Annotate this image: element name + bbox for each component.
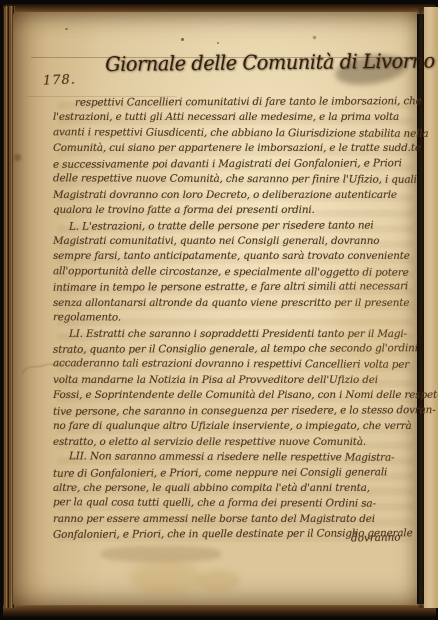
ink-speck (217, 42, 219, 44)
text-line-article-LI: LI. Estratti che saranno i sopraddetti P… (53, 327, 419, 342)
stain (198, 570, 240, 592)
text-line: ture di Gonfalonieri, e Priori, come nep… (53, 465, 419, 482)
text-line: estratto, o eletto al servizio delle res… (53, 435, 419, 450)
text-line: Magistrati dovranno con loro Decreto, o … (53, 188, 419, 203)
text-line: tive persone, che saranno in conseguenza… (53, 403, 419, 420)
ink-speck (313, 36, 316, 39)
text-line: regolamento. (53, 310, 419, 327)
text-line: Comunità, cui siano per appartenere le i… (53, 141, 419, 156)
text-line: Magistrati comunitativi, quanto nei Cons… (53, 234, 419, 249)
marginal-ink-mark (19, 354, 69, 382)
stain (131, 560, 201, 596)
text-line: l'estrazioni, e tutti gli Atti necessari… (53, 110, 419, 125)
text-line: e successivamente poi davanti i Magistra… (53, 156, 419, 173)
text-line: avanti i respettivi Giusdicenti, che abb… (53, 125, 419, 142)
show-through-smudge (101, 546, 221, 562)
page-title: Giornale delle Comunità di Livorno (105, 49, 408, 76)
fox-spot (14, 154, 21, 161)
text-line-article-LII: LII. Non saranno ammessi a risedere nell… (53, 449, 419, 466)
ink-speck (181, 38, 184, 41)
text-line: accaderanno tali estrazioni dovranno i r… (53, 357, 419, 374)
text-line-article-L: L. L'estrazioni, o tratte delle persone … (53, 218, 419, 235)
text-line: no fare di qualunque altro Ufiziale inse… (53, 419, 419, 434)
text-line: ranno per essere ammessi nelle borse tan… (53, 512, 419, 527)
facing-page-edge (424, 7, 438, 608)
text-line: per la qual cosa tutti quelli, che a for… (53, 496, 419, 513)
page-number: 178. (43, 72, 76, 88)
text-line: Fossi, e Soprintendente delle Comunità d… (53, 388, 419, 403)
body-text: respettivi Cancellieri comunitativi di f… (53, 95, 419, 543)
text-line: volta mandarne la Notizia in Pisa al Pro… (53, 373, 419, 388)
text-line: delle respettive nuove Comunità, che sar… (53, 171, 419, 188)
text-line: respettivi Cancellieri comunitativi di f… (53, 94, 419, 111)
text-line: intimare in tempo le persone estratte, e… (53, 279, 419, 296)
manuscript-page: 178. Giornale delle Comunità di Livorno … (13, 12, 417, 605)
ink-speck (65, 28, 68, 30)
text-line: senza allontanarsi altronde da quanto vi… (53, 296, 419, 311)
book-edge-bottom (3, 604, 436, 617)
catchword: dovranno (351, 532, 401, 545)
text-line: qualora le trovino fatte a forma dei pre… (53, 203, 419, 218)
manuscript-photo: 178. Giornale delle Comunità di Livorno … (0, 0, 438, 620)
text-line: sempre farsi, tanto anticipatamente, qua… (53, 249, 419, 264)
text-line: altre, che persone, le quali abbino comp… (53, 481, 419, 496)
